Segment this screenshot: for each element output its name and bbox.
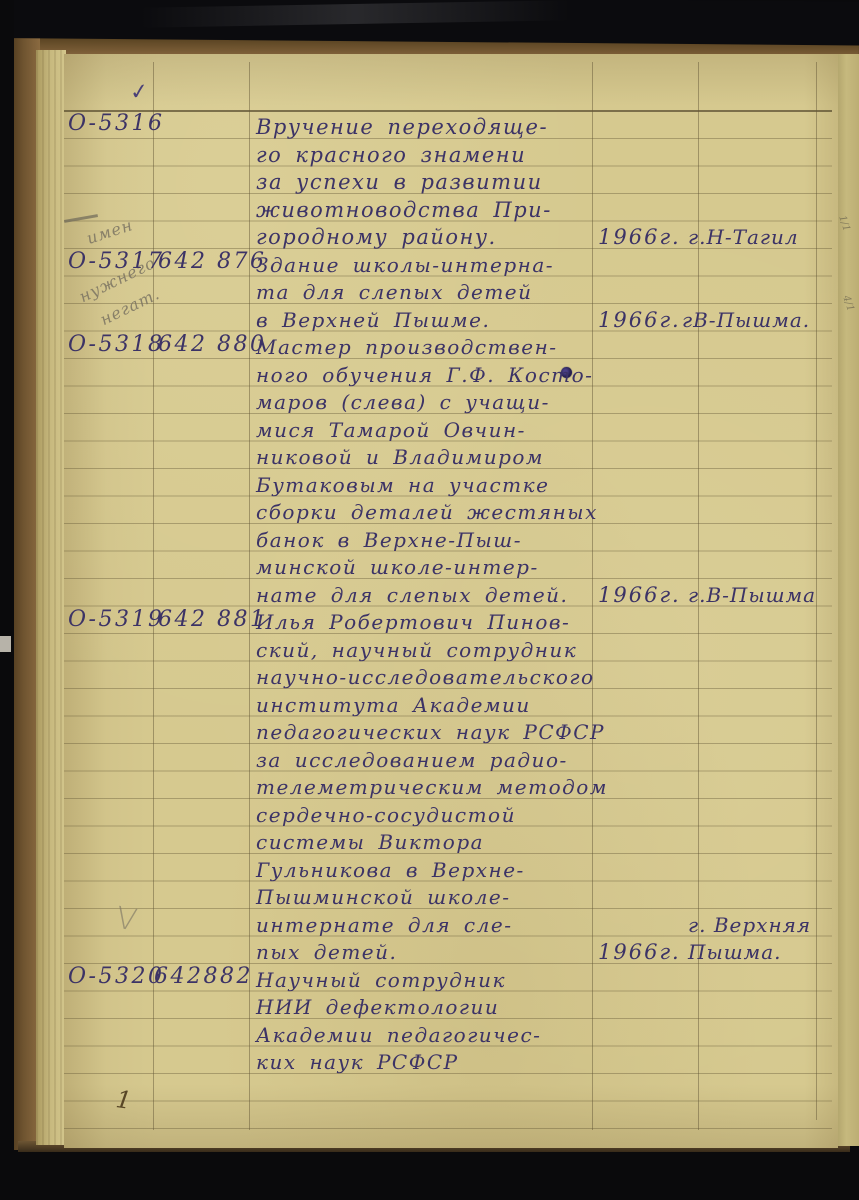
description-line: сердечно-сосудистой xyxy=(256,801,516,829)
table-top-rule xyxy=(64,110,832,112)
description-line: телеметрическим методом xyxy=(256,773,608,801)
description-line: ного обучения Г.Ф. Косто- xyxy=(256,361,593,389)
year-value: 1966г. xyxy=(598,223,681,251)
description-line: Научный сотрудник xyxy=(256,966,506,994)
place-value: г. Верхняя xyxy=(688,911,811,939)
description-line: интернате для сле- xyxy=(256,911,512,939)
negative-number: 642 881 xyxy=(158,606,266,634)
place-value: г.Н-Тагил xyxy=(688,223,799,251)
description-line: Вручение переходяще- xyxy=(256,113,548,141)
description-line: Мастер производствен- xyxy=(256,333,558,361)
description-line: за исследованием радио- xyxy=(256,746,568,774)
description-line: педагогических наук РСФСР xyxy=(256,718,605,746)
description-line: Академии педагогичес- xyxy=(256,1021,541,1049)
register-page: ✓ имен нужнего негат. V 1 О-5316 Вручени… xyxy=(64,54,838,1148)
description-line: ский, научный сотрудник xyxy=(256,636,577,664)
description-line: никовой и Владимиром xyxy=(256,443,544,471)
photo-scene: ✓ имен нужнего негат. V 1 О-5316 Вручени… xyxy=(0,0,859,1200)
description-line: за успехи в развитии xyxy=(256,168,543,196)
description-line: городному району. xyxy=(256,223,497,251)
description-line: НИИ дефектологии xyxy=(256,993,499,1021)
page-stack-edge xyxy=(36,50,66,1145)
year-value: 1966г. xyxy=(598,938,681,966)
description-line: животноводства При- xyxy=(256,196,552,224)
description-line: минской школе-интер- xyxy=(256,553,539,581)
photo-border-left xyxy=(0,0,14,1200)
year-value: 1966г. xyxy=(598,581,681,609)
inventory-number: О-5316 xyxy=(68,110,164,138)
description-line: ких наук РСФСР xyxy=(256,1048,459,1076)
description-line: мися Тамарой Овчин- xyxy=(256,416,526,444)
description-line: Здание школы-интерна- xyxy=(256,251,554,279)
place-value: г.В-Пышма xyxy=(688,581,816,609)
description-line: научно-исследовательского xyxy=(256,663,595,691)
description-line: пых детей. xyxy=(256,938,397,966)
negative-number: 642 876 xyxy=(158,248,266,276)
description-line: маров (слева) с учащи- xyxy=(256,388,550,416)
description-line: та для слепых детей xyxy=(256,278,533,306)
description-line: Гульникова в Верхне- xyxy=(256,856,525,884)
description-line: банок в Верхне-Пыш- xyxy=(256,526,522,554)
place-value: гВ-Пышма. xyxy=(682,306,810,334)
place-value: Пышма. xyxy=(688,938,782,966)
description-line: Бутаковым на участке xyxy=(256,471,549,499)
negative-number: 642882 xyxy=(154,963,253,991)
description-line: нате для слепых детей. xyxy=(256,581,568,609)
negative-number: 642 880 xyxy=(158,331,266,359)
description-line: Илья Робертович Пинов- xyxy=(256,608,570,636)
column-divider-3 xyxy=(592,62,593,1130)
description-line: системы Виктора xyxy=(256,828,484,856)
photo-border-bottom xyxy=(0,1152,859,1200)
description-line: в Верхней Пышме. xyxy=(256,306,490,334)
inventory-number: О-5317 xyxy=(68,248,164,276)
ink-check-mark: ✓ xyxy=(129,79,150,106)
inventory-number: О-5319 xyxy=(68,606,164,634)
column-divider-5 xyxy=(816,62,817,1120)
description-line: сборки деталей жестяных xyxy=(256,498,598,526)
left-edge-notch xyxy=(0,636,11,652)
description-line: го красного знамени xyxy=(256,141,526,169)
inventory-number: О-5320 xyxy=(68,963,164,991)
inventory-number: О-5318 xyxy=(68,331,164,359)
description-line: Пышминской школе- xyxy=(256,883,511,911)
description-line: института Академии xyxy=(256,691,531,719)
year-value: 1966г. xyxy=(598,306,681,334)
